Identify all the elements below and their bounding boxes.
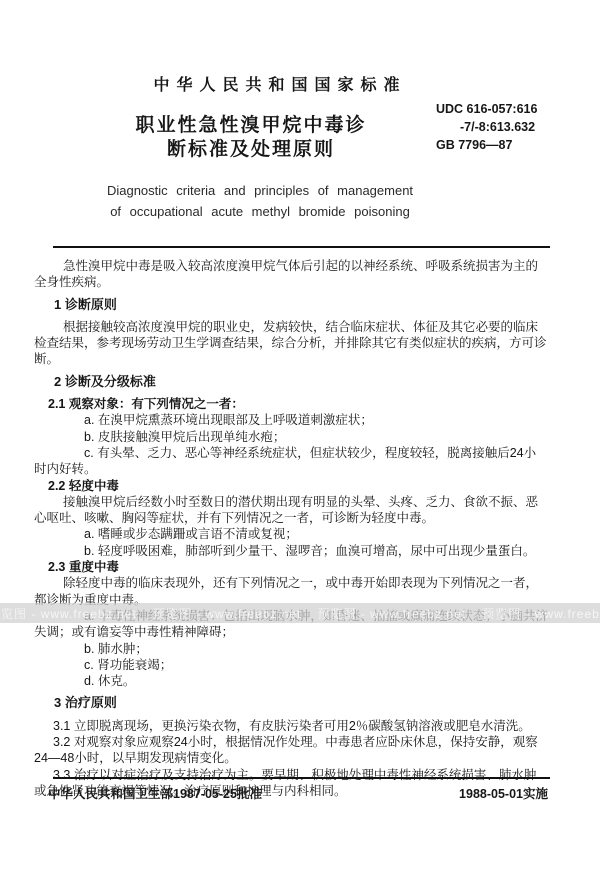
approval-note: 中华人民共和国卫生部1987-05-25批准 bbox=[48, 784, 262, 802]
udc-classification-block: UDC 616-057:616 -7/-8:613.632 GB 7796—87 bbox=[436, 100, 537, 154]
intro-paragraph: 急性溴甲烷中毒是吸入较高浓度溴甲烷气体后引起的以神经系统、呼吸系统损害为主的全身… bbox=[34, 258, 548, 291]
document-subtitle-line-1: Diagnostic criteria and principles of ma… bbox=[0, 180, 520, 201]
section-heading-1: 1 诊断原则 bbox=[34, 297, 548, 313]
document-title: 职业性急性溴甲烷中毒诊 断标准及处理原则 bbox=[0, 114, 502, 162]
list-item-2-3-b: b. 肺水肿； bbox=[34, 641, 548, 657]
document-subtitle-line-2: of occupational acute methyl bromide poi… bbox=[0, 201, 520, 222]
section-heading-2: 2 诊断及分级标准 bbox=[34, 374, 548, 390]
paragraph: 接触溴甲烷后经数小时至数日的潜伏期出现有明显的头晕、头疼、乏力、食欲不振、恶心呕… bbox=[34, 494, 548, 527]
clause-paragraph-3-2: 3.2 对观察对象应观察24小时，根据情况作处理。中毒患者应卧床休息，保持安静，… bbox=[34, 734, 548, 767]
list-item-2-2-a: a. 嗜睡或步态蹒跚或言语不清或复视； bbox=[34, 526, 548, 542]
paragraph: 根据接触较高浓度溴甲烷的职业史，发病较快，结合临床症状、体征及其它必要的临床检查… bbox=[34, 319, 548, 368]
list-item-2-3-c: c. 肾功能衰竭； bbox=[34, 657, 548, 673]
document-body: 急性溴甲烷中毒是吸入较高浓度溴甲烷气体后引起的以神经系统、呼吸系统损害为主的全身… bbox=[34, 258, 548, 799]
udc-code-line-2: -7/-8:613.632 bbox=[436, 118, 537, 136]
document-title-line-1: 职业性急性溴甲烷中毒诊 bbox=[0, 114, 502, 138]
list-item-2-3-d: d. 休克。 bbox=[34, 673, 548, 689]
clause-heading-2-3: 2.3 重度中毒 bbox=[34, 559, 548, 575]
document-subtitle-en: Diagnostic criteria and principles of ma… bbox=[0, 180, 520, 222]
list-item-2-3-a: a. 中毒性神经系统损害：包括出现脑水肿，如昏迷、抽搐或癫痫连续状态；小脑共济失… bbox=[34, 608, 548, 641]
implementation-note: 1988-05-01实施 bbox=[459, 784, 548, 802]
list-item-2-1-b: b. 皮肤接触溴甲烷后出现单纯水疱； bbox=[34, 429, 548, 445]
clause-heading-2-1: 2.1 观察对象：有下列情况之一者： bbox=[34, 396, 548, 412]
clause-heading-2-2: 2.2 轻度中毒 bbox=[34, 478, 548, 494]
document-title-line-2: 断标准及处理原则 bbox=[0, 138, 502, 162]
list-item-2-2-b: b. 轻度呼吸困难，肺部听到少量干、湿啰音；血溴可增高，尿中可出现少量蛋白。 bbox=[34, 543, 548, 559]
list-item-2-1-a: a. 在溴甲烷熏蒸环境出现眼部及上呼吸道刺激症状； bbox=[34, 412, 548, 428]
standard-document-page: 中华人民共和国国家标准 职业性急性溴甲烷中毒诊 断标准及处理原则 Diagnos… bbox=[0, 0, 600, 896]
section-heading-3: 3 治疗原则 bbox=[34, 695, 548, 711]
list-item-2-1-c: c. 有头晕、乏力、恶心等神经系统症状，但症状较少，程度较轻，脱离接触后24小时… bbox=[34, 445, 548, 478]
header-divider bbox=[53, 246, 550, 248]
udc-code-line-1: UDC 616-057:616 bbox=[436, 100, 537, 118]
paragraph: 除轻度中毒的临床表现外，还有下列情况之一，或中毒开始即表现为下列情况之一者，都诊… bbox=[34, 575, 548, 608]
standard-category-label: 中华人民共和国国家标准 bbox=[20, 72, 540, 95]
gb-standard-number: GB 7796—87 bbox=[436, 136, 537, 154]
footer-divider bbox=[53, 777, 550, 779]
clause-paragraph-3-1: 3.1 立即脱离现场，更换污染衣物，有皮肤污染者可用2％碳酸氢钠溶液或肥皂水清洗… bbox=[34, 718, 548, 734]
